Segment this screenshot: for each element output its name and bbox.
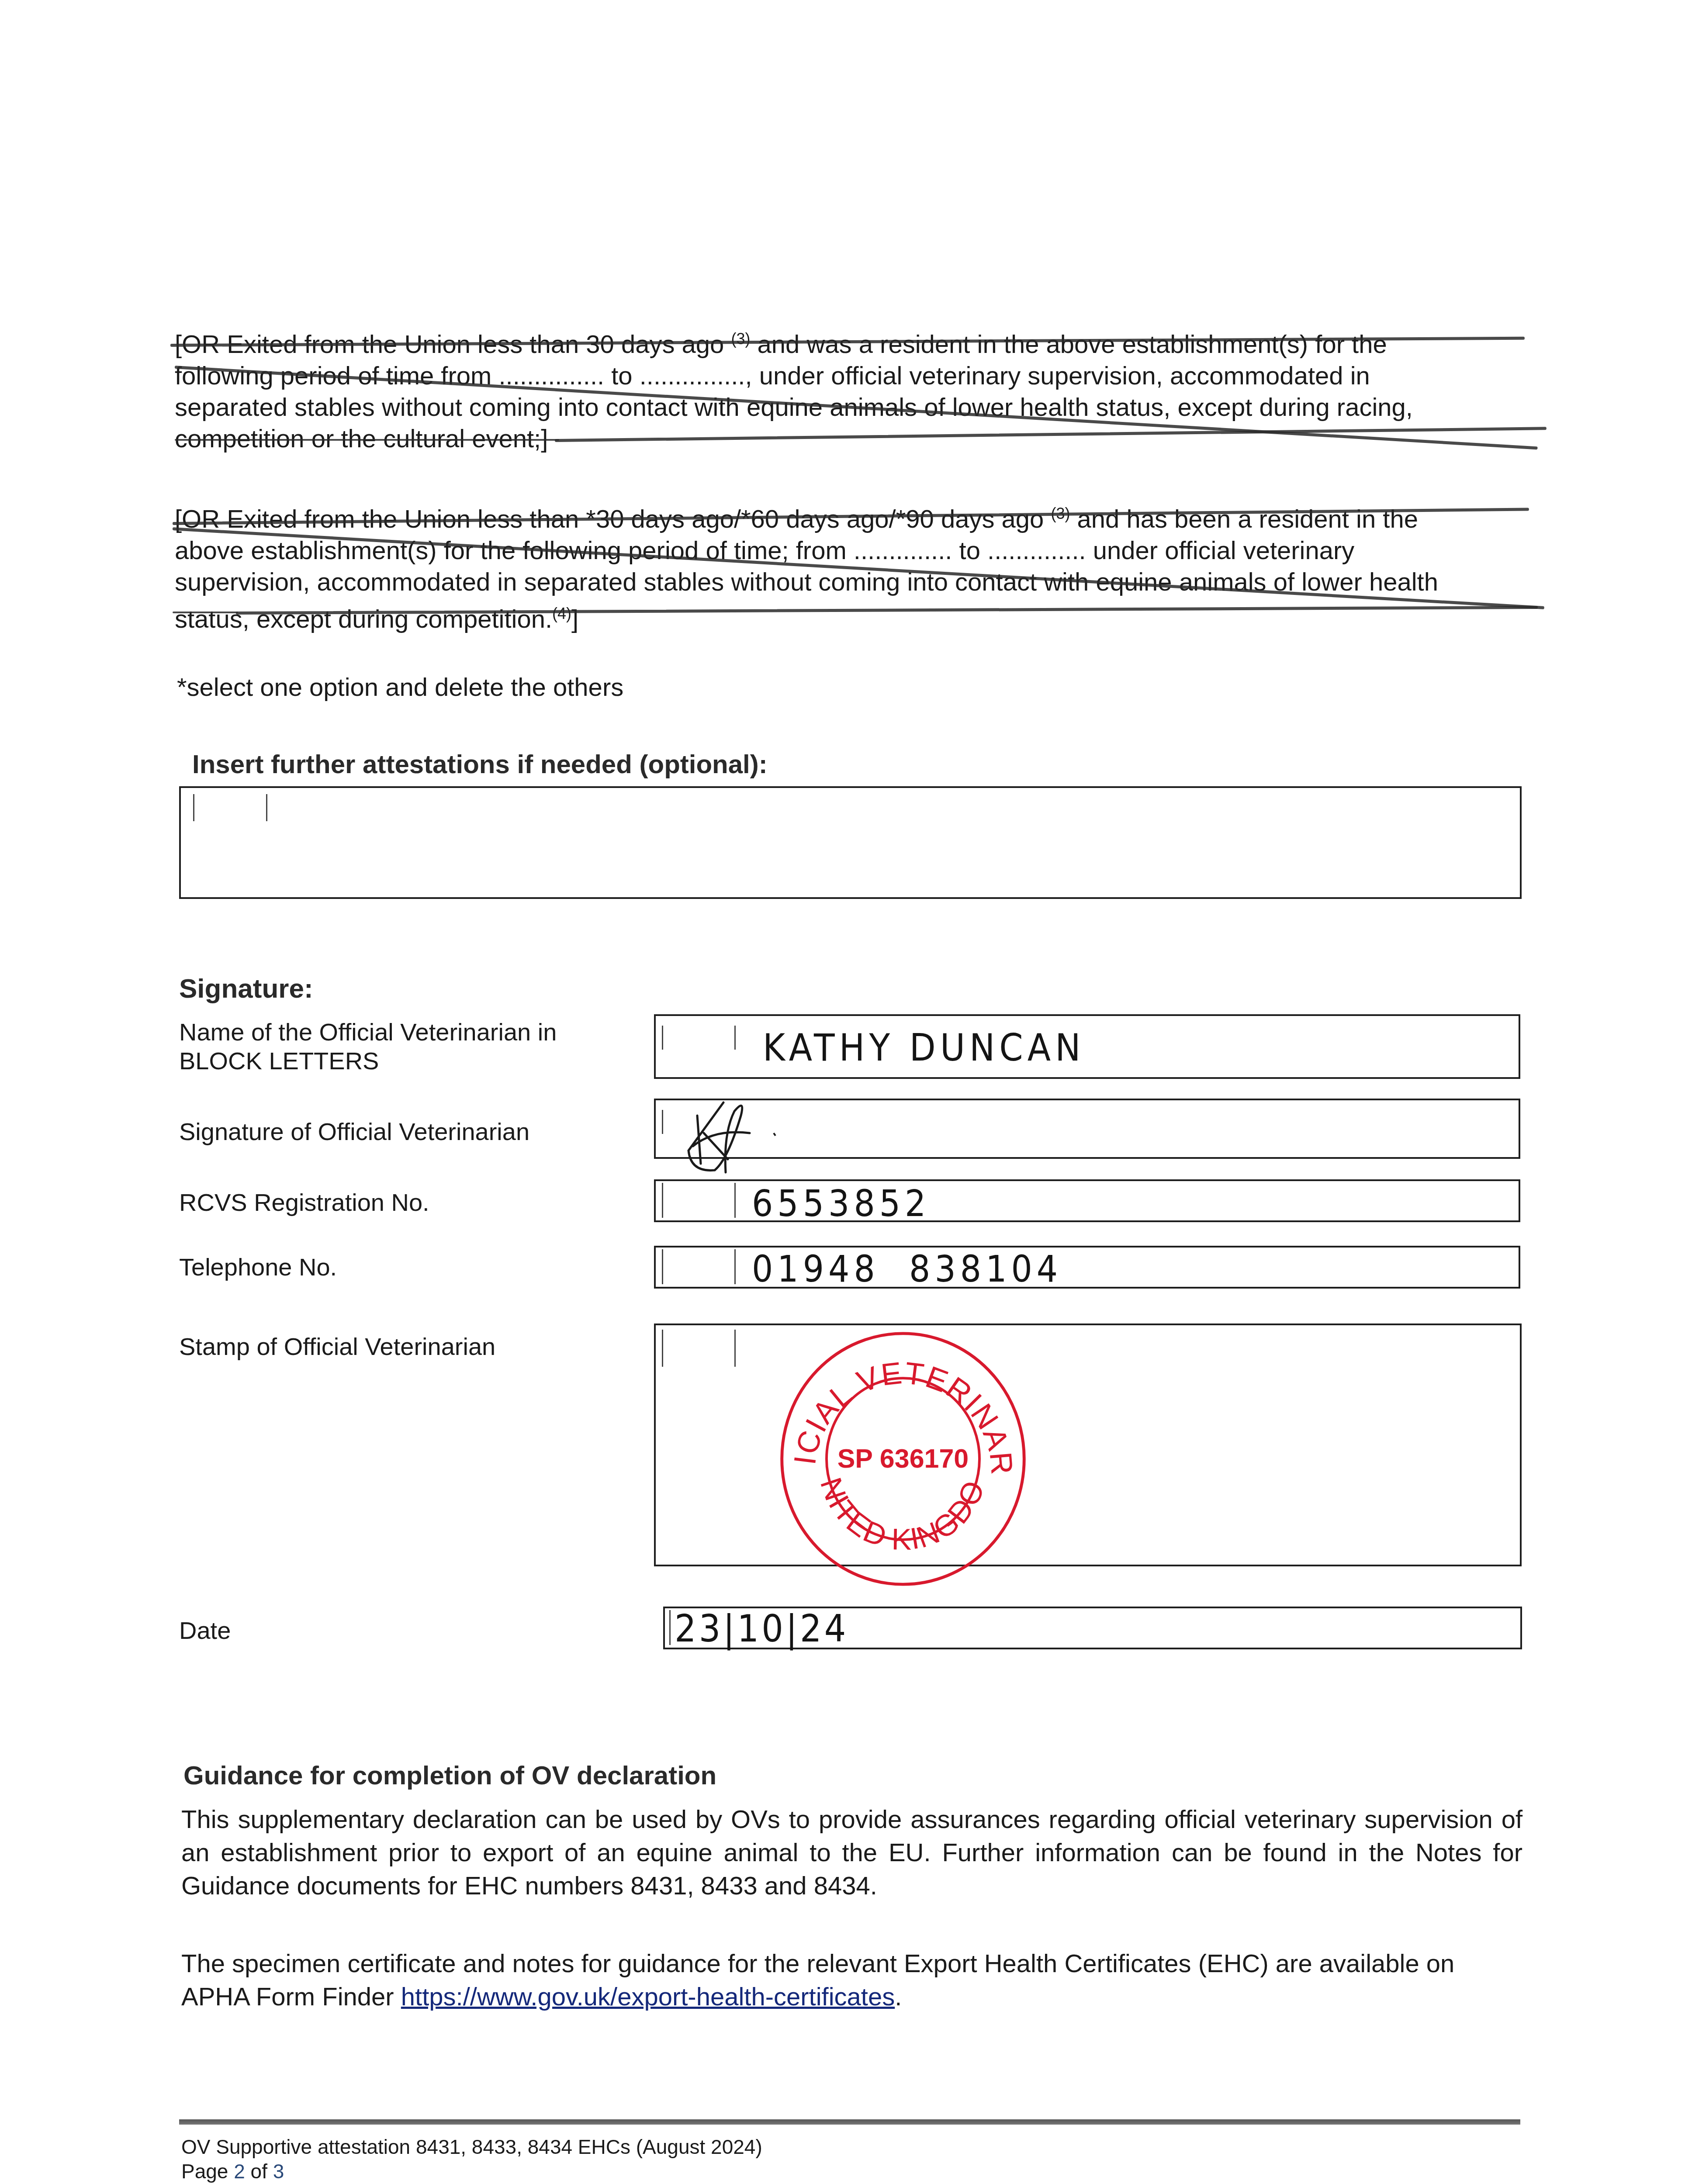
official-veterinarian-stamp-icon: OFFICIAL VETERINARIAN UNITED KINGDOM SP … bbox=[774, 1330, 1032, 1588]
stamp-label: Stamp of Official Veterinarian bbox=[179, 1332, 495, 1361]
select-one-note: *select one option and delete the others bbox=[177, 673, 623, 702]
ov-name-field[interactable]: KATHY DUNCAN bbox=[654, 1014, 1520, 1079]
field-tick-mark bbox=[669, 1610, 671, 1645]
date-value: 23|10|24 bbox=[675, 1607, 848, 1651]
option2-line4-text: status, except during competition. bbox=[175, 605, 552, 634]
footnote-ref: (4) bbox=[552, 605, 571, 622]
field-tick-mark bbox=[662, 1249, 663, 1284]
field-tick-mark bbox=[734, 1026, 736, 1050]
handwritten-signature-icon bbox=[680, 1098, 785, 1175]
page-total: 3 bbox=[273, 2160, 284, 2183]
svg-text:SP 636170: SP 636170 bbox=[837, 1444, 969, 1473]
field-tick-mark bbox=[662, 1110, 663, 1134]
rcvs-label: RCVS Registration No. bbox=[179, 1188, 429, 1217]
telephone-field[interactable]: 01948 838104 bbox=[654, 1246, 1520, 1289]
rcvs-value: 6553852 bbox=[752, 1182, 930, 1225]
signature-heading: Signature: bbox=[179, 973, 313, 1004]
option2-line-4: status, except during competition.(4)] bbox=[175, 598, 1520, 635]
date-field[interactable]: 23|10|24 bbox=[663, 1607, 1522, 1649]
option1-line-2: following period of time from ..........… bbox=[175, 360, 1520, 392]
field-tick-mark bbox=[662, 1330, 663, 1367]
footnote-ref: (3) bbox=[731, 330, 750, 348]
field-tick-mark bbox=[193, 794, 194, 821]
export-health-certificates-link[interactable]: https://www.gov.uk/export-health-certifi… bbox=[401, 1983, 895, 2011]
page-indicator: Page 2 of 3 bbox=[181, 2160, 284, 2183]
page-of: of bbox=[251, 2160, 267, 2183]
field-tick-mark bbox=[662, 1183, 663, 1218]
footer-title: OV Supportive attestation 8431, 8433, 84… bbox=[181, 2135, 762, 2159]
telephone-label: Telephone No. bbox=[179, 1253, 337, 1282]
guidance-paragraph-2-end: . bbox=[895, 1983, 902, 2011]
field-tick-mark bbox=[734, 1249, 736, 1284]
option2-line4-tail: ] bbox=[571, 605, 578, 634]
ov-name-label: Name of the Official Veterinarian in BLO… bbox=[179, 1018, 557, 1075]
field-tick-mark bbox=[734, 1330, 736, 1367]
field-tick-mark bbox=[662, 1026, 663, 1050]
option1-line1-tail: and was a resident in the above establis… bbox=[758, 330, 1387, 359]
ov-name-label-line1: Name of the Official Veterinarian in bbox=[179, 1018, 557, 1047]
further-attestations-heading: Insert further attestations if needed (o… bbox=[192, 749, 768, 779]
guidance-heading: Guidance for completion of OV declaratio… bbox=[183, 1760, 716, 1790]
ov-signature-label: Signature of Official Veterinarian bbox=[179, 1117, 529, 1146]
guidance-paragraph-1: This supplementary declaration can be us… bbox=[181, 1803, 1522, 1903]
page-label: Page bbox=[181, 2160, 228, 2183]
footer-divider bbox=[179, 2119, 1520, 2125]
ov-name-label-line2: BLOCK LETTERS bbox=[179, 1047, 557, 1075]
page-current: 2 bbox=[234, 2160, 245, 2183]
strike-line bbox=[173, 612, 238, 613]
ov-signature-field[interactable] bbox=[654, 1099, 1520, 1159]
field-tick-mark bbox=[734, 1183, 736, 1218]
ov-name-value: KATHY DUNCAN bbox=[763, 1026, 1085, 1070]
strike-line bbox=[175, 439, 559, 441]
further-attestations-field[interactable] bbox=[179, 786, 1522, 899]
guidance-paragraph-2: The specimen certificate and notes for g… bbox=[181, 1947, 1522, 2014]
rcvs-field[interactable]: 6553852 bbox=[654, 1179, 1520, 1222]
date-label: Date bbox=[179, 1616, 231, 1645]
field-tick-mark bbox=[266, 794, 267, 821]
telephone-value: 01948 838104 bbox=[752, 1248, 1062, 1290]
